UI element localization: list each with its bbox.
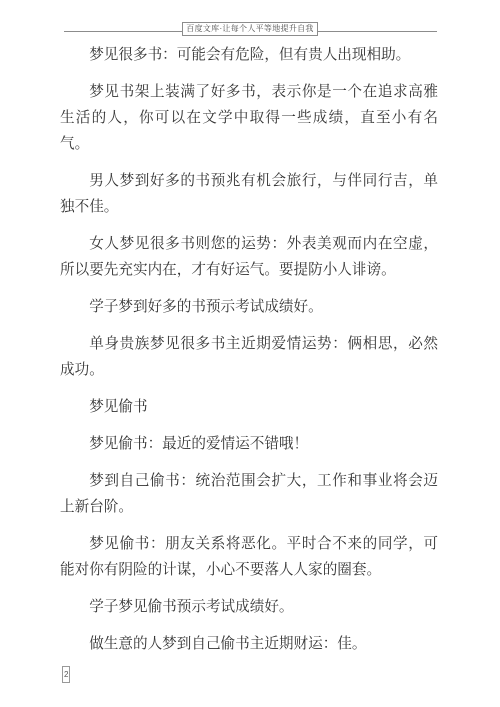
page-number-badge: 2 — [62, 666, 70, 683]
watermark-label: 百度文库·让每个人平等地提升自我 — [182, 22, 317, 36]
paragraph: 做生意的人梦到自己偷书主近期财运：佳。 — [60, 631, 438, 657]
paragraph: 单身贵族梦见很多书主近期爱情运势：俩相思，必然成功。 — [60, 331, 438, 383]
paragraph: 男人梦到好多的书预兆有机会旅行，与伴同行吉，单独不佳。 — [60, 168, 438, 220]
paragraph: 学子梦见偷书预示考试成绩好。 — [60, 594, 438, 620]
document-body: 梦见很多书：可能会有危险，但有贵人出现相助。 梦见书架上装满了好多书，表示你是一… — [0, 0, 500, 668]
paragraph: 梦见偷书：朋友关系将恶化。平时合不来的同学，可能对你有阴险的计谋，小心不要落人人… — [60, 531, 438, 583]
paragraph: 女人梦见很多书则您的运势：外表美观而内在空虚，所以要先充实内在，才有好运气。要提… — [60, 231, 438, 283]
paragraph: 学子梦到好多的书预示考试成绩好。 — [60, 294, 438, 320]
paragraph: 梦见偷书 — [60, 394, 438, 420]
page-number: 2 — [64, 670, 68, 679]
page-header: 百度文库·让每个人平等地提升自我 — [0, 18, 500, 36]
paragraph: 梦见很多书：可能会有危险，但有贵人出现相助。 — [60, 42, 438, 68]
document-page: 百度文库·让每个人平等地提升自我 梦见很多书：可能会有危险，但有贵人出现相助。 … — [0, 0, 500, 707]
paragraph: 梦见书架上装满了好多书，表示你是一个在追求高雅生活的人，你可以在文学中取得一些成… — [60, 79, 438, 157]
paragraph: 梦见偷书：最近的爱情运不错哦！ — [60, 431, 438, 457]
paragraph: 梦到自己偷书：统治范围会扩大，工作和事业将会迈上新台阶。 — [60, 468, 438, 520]
